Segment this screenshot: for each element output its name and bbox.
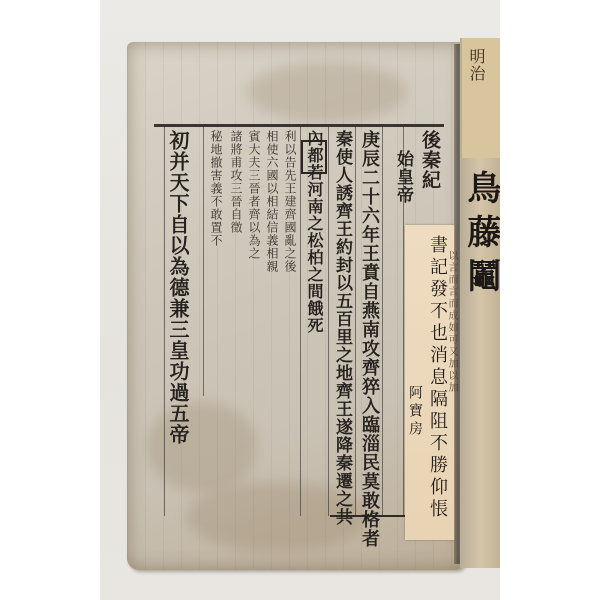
handwritten-side-text: 阿寶房 bbox=[408, 385, 422, 439]
printed-frame-top-rule bbox=[154, 124, 444, 127]
commentary-column-2: 相使六國以相結信義相親 bbox=[266, 130, 278, 273]
adjacent-page-large-glyphs: 鳥藤鬮 bbox=[464, 170, 498, 302]
column-rule bbox=[355, 126, 356, 516]
commentary-column-4: 諸將甫攻三晉自徵 bbox=[230, 130, 242, 234]
column-rule bbox=[300, 126, 301, 516]
column-rule bbox=[164, 126, 165, 516]
adjacent-page-label-text: 明治 bbox=[468, 48, 484, 82]
header-column-title-a: 後秦紀 bbox=[420, 130, 439, 190]
left-text-column: 初并天下自以為德兼三皇功過五帝 bbox=[168, 130, 188, 445]
header-column-title-b: 始皇帝 bbox=[394, 150, 411, 204]
commentary-column-5: 秘地撤害義不敢置不 bbox=[210, 130, 222, 247]
main-text-column-1: 庚辰二十六年王賁自燕南攻齊猝入臨淄民莫敢格者 bbox=[360, 130, 378, 548]
column-rule bbox=[203, 126, 204, 396]
column-rule bbox=[382, 126, 383, 516]
water-stain bbox=[247, 62, 407, 122]
column-rule bbox=[328, 126, 329, 516]
commentary-column-1: 利以告先王建齊國亂之後 bbox=[284, 130, 296, 273]
main-text-column-2: 秦使人誘齊王約封以五百里之地齊王遂降秦遷之共 bbox=[333, 130, 350, 526]
commentary-column-3: 賓大夫三晉者齊以為之 bbox=[248, 130, 260, 260]
book-photograph: 後秦紀 始皇帝 庚辰二十六年王賁自燕南攻齊猝入臨淄民莫敢格者 秦使人誘齊王約封以… bbox=[100, 0, 500, 600]
handwritten-main-text: 書記發不也消息隔阻不勝仰悵 bbox=[428, 235, 446, 521]
main-text-column-3: 內都若河南之松柏之間餓死 bbox=[306, 130, 322, 334]
